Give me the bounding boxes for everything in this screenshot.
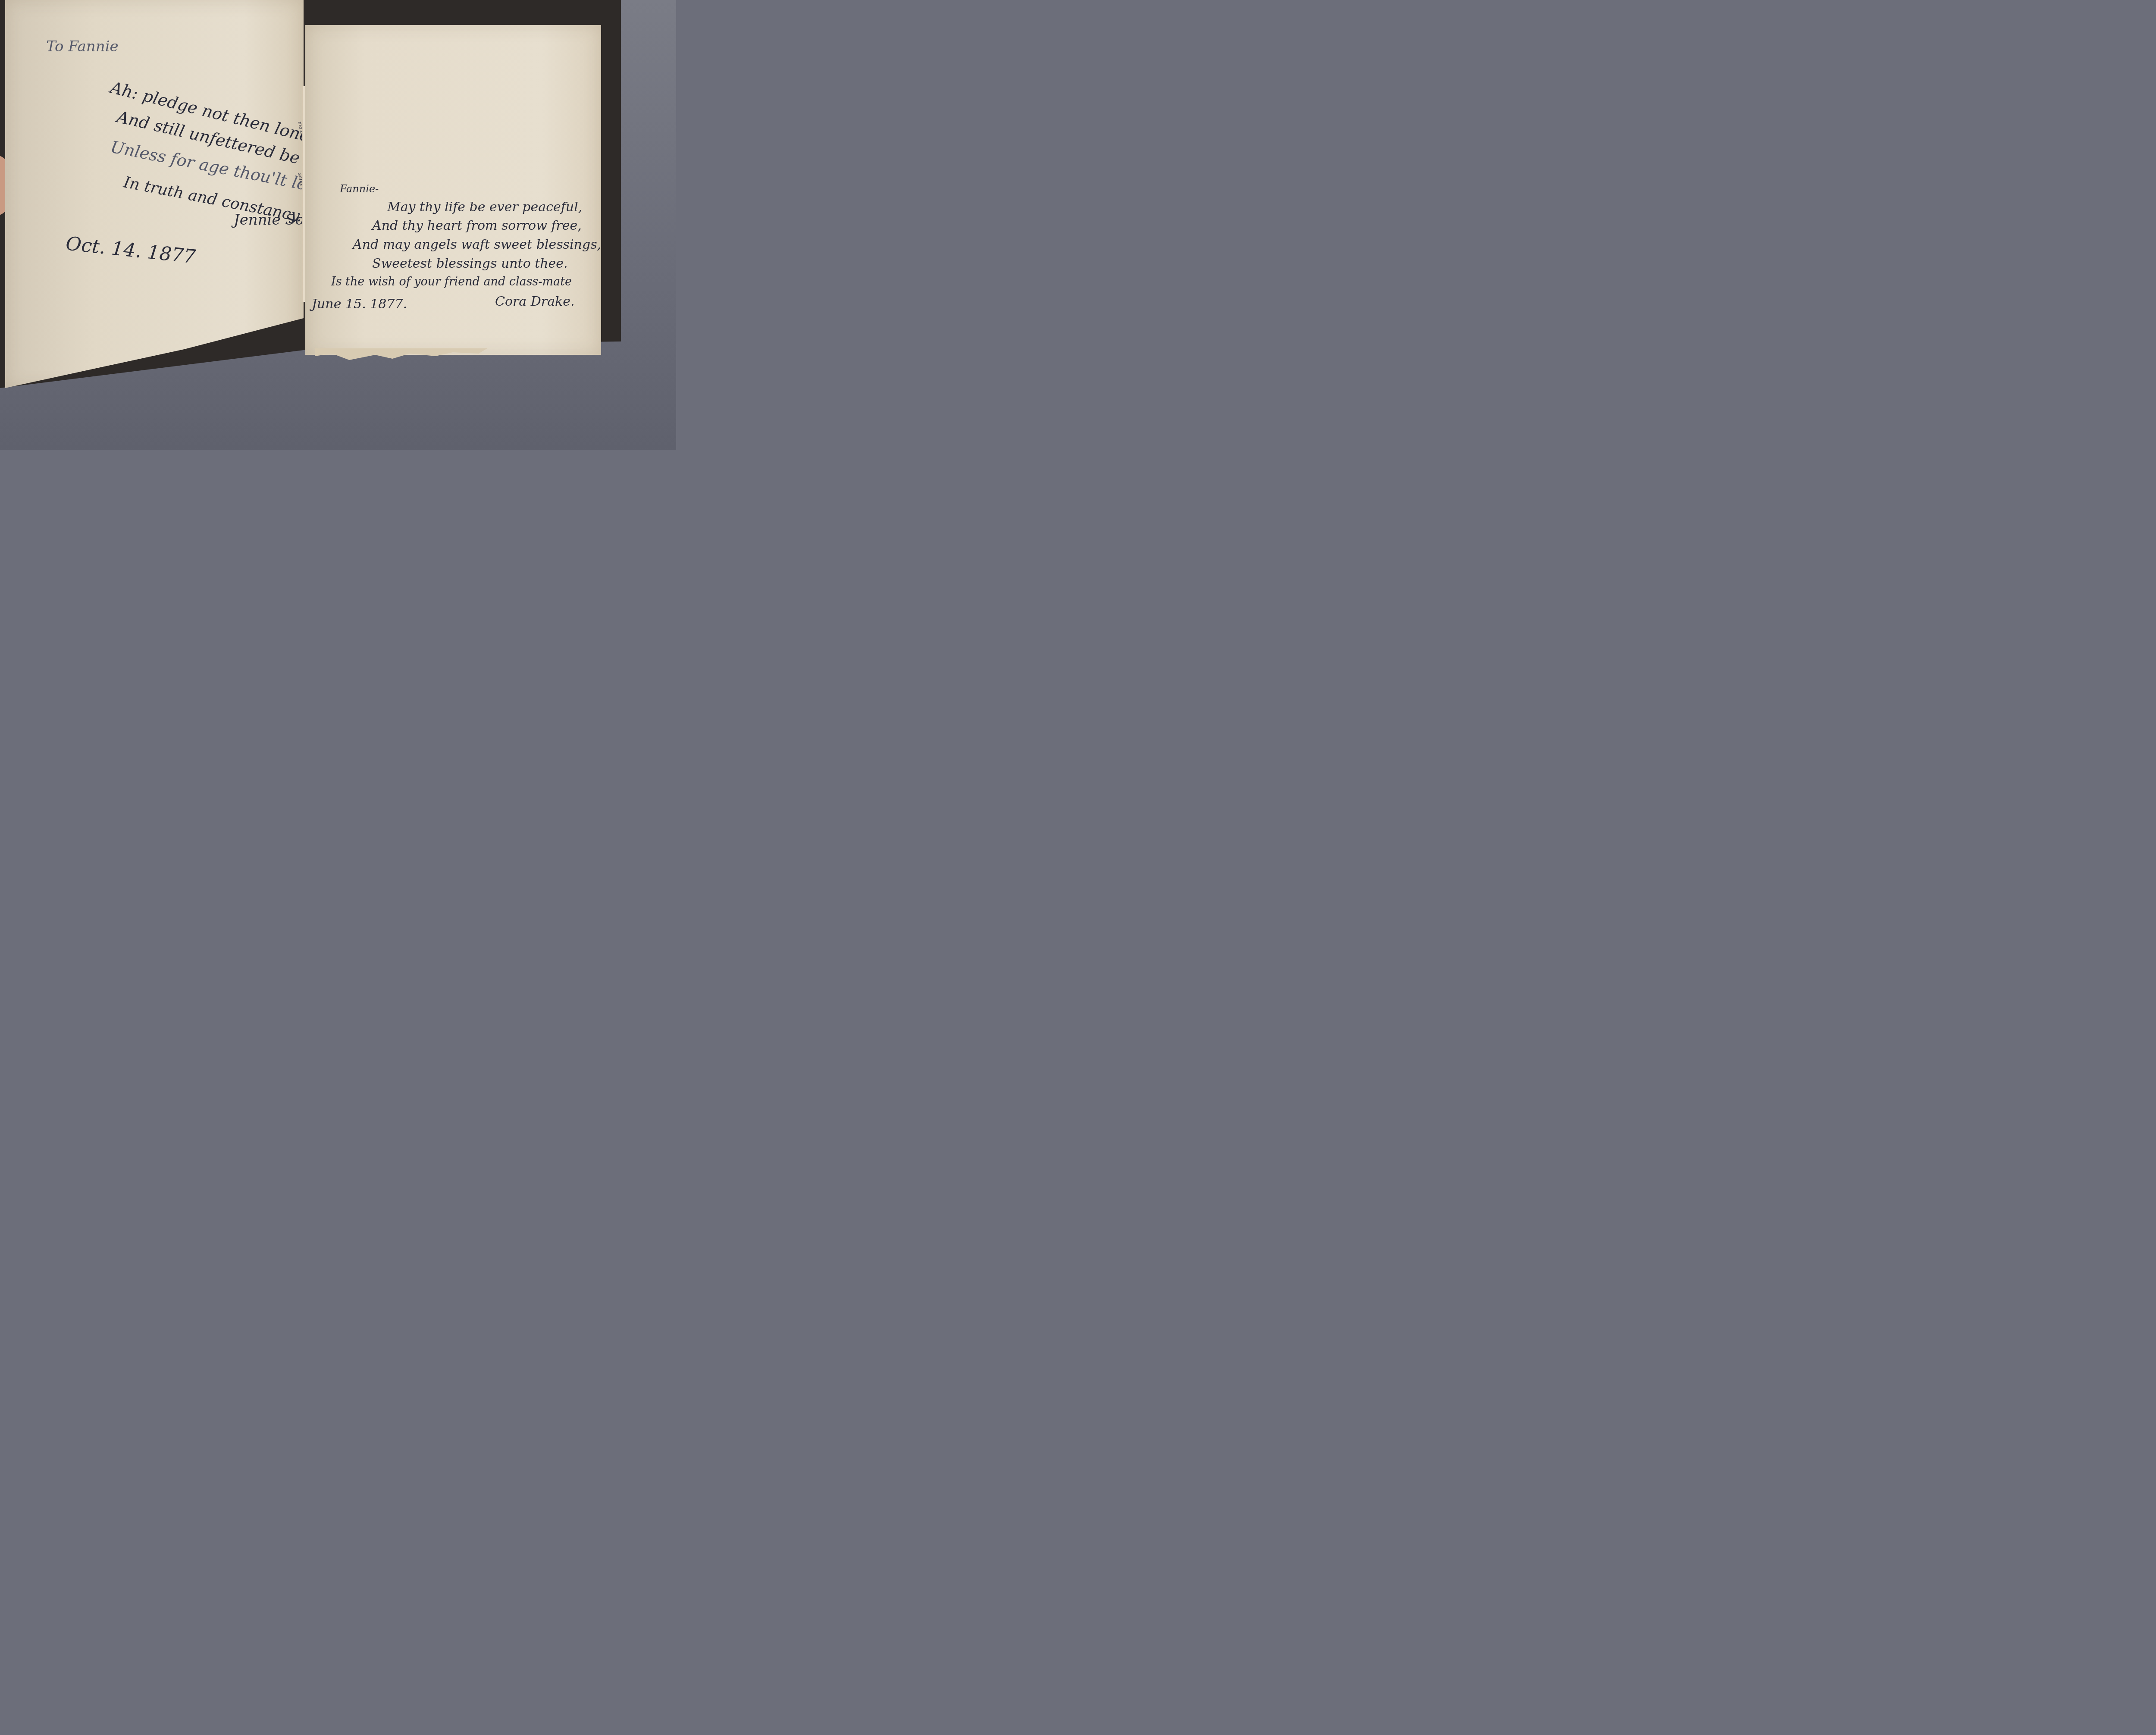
left-salutation: To Fannie	[46, 38, 119, 55]
right-signature: Cora Drake.	[495, 294, 575, 309]
torn-page-edge	[315, 348, 487, 361]
right-verse-line-3: And may angels waft sweet blessings,	[353, 237, 601, 252]
right-verse-line-2: And thy heart from sorrow free,	[372, 218, 582, 233]
photo-scene: To Fannie Ah: pledge not then lonely And…	[0, 0, 676, 450]
right-closing: Is the wish of your friend and class-mat…	[331, 275, 572, 288]
right-verse-line-4: Sweetest blessings unto thee.	[372, 256, 568, 271]
right-salutation: Fannie-	[340, 183, 379, 195]
left-date: Oct. 14. 1877	[65, 232, 197, 268]
right-verse-line-1: May thy life be ever peaceful,	[387, 200, 582, 215]
right-page: Fannie- May thy life be ever peaceful, A…	[305, 25, 601, 355]
right-date: June 15. 1877.	[312, 297, 407, 312]
